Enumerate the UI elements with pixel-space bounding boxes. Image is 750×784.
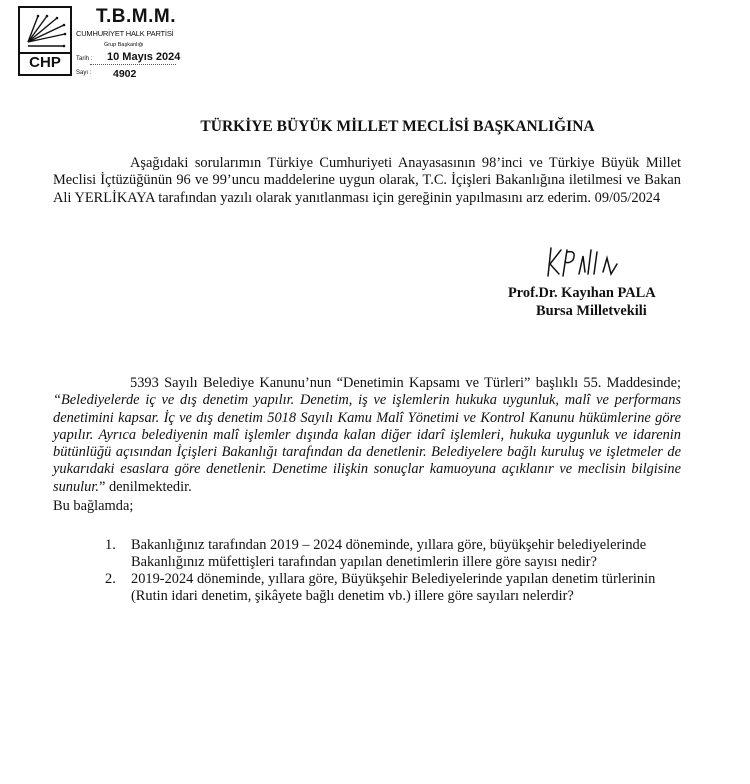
question-number: 2.: [105, 571, 116, 588]
addressee-heading: TÜRKİYE BÜYÜK MİLLET MECLİSİ BAŞKANLIĞIN…: [0, 118, 750, 136]
body-tail: ” denilmektedir.: [99, 479, 192, 495]
context-line: Bu bağlamda;: [53, 498, 133, 515]
question-item: 1. Bakanlığınız tarafından 2019 – 2024 d…: [105, 537, 695, 571]
body-lead: 5393 Sayılı Belediye Kanunu’nun “Denetim…: [130, 375, 681, 391]
handwritten-signature: [545, 244, 625, 280]
group-name: Grup Başkanlığı: [104, 42, 143, 48]
six-arrows-icon: [20, 8, 70, 54]
document-date: 10 Mayıs 2024: [107, 51, 180, 63]
signer-name: Prof.Dr. Kayıhan PALA: [508, 285, 656, 302]
institution-title: T.B.M.M.: [96, 6, 176, 28]
question-list: 1. Bakanlığınız tarafından 2019 – 2024 d…: [105, 537, 695, 605]
document-number: 4902: [113, 68, 136, 80]
intro-paragraph: Aşağıdaki sorularımın Türkiye Cumhuriyet…: [53, 155, 681, 207]
chp-logo: CHP: [18, 6, 72, 76]
question-item: 2. 2019-2024 döneminde, yıllara göre, Bü…: [105, 571, 695, 605]
question-text: 2019-2024 döneminde, yıllara göre, Büyük…: [131, 571, 655, 604]
logo-text: CHP: [20, 54, 70, 71]
signer-title: Bursa Milletvekili: [536, 303, 647, 320]
question-text: Bakanlığınız tarafından 2019 – 2024 döne…: [131, 537, 646, 570]
body-paragraph: 5393 Sayılı Belediye Kanunu’nun “Denetim…: [53, 375, 681, 496]
question-number: 1.: [105, 537, 116, 554]
party-name: CUMHURİYET HALK PARTİSİ: [76, 29, 174, 38]
number-label: Sayı :: [76, 70, 91, 76]
